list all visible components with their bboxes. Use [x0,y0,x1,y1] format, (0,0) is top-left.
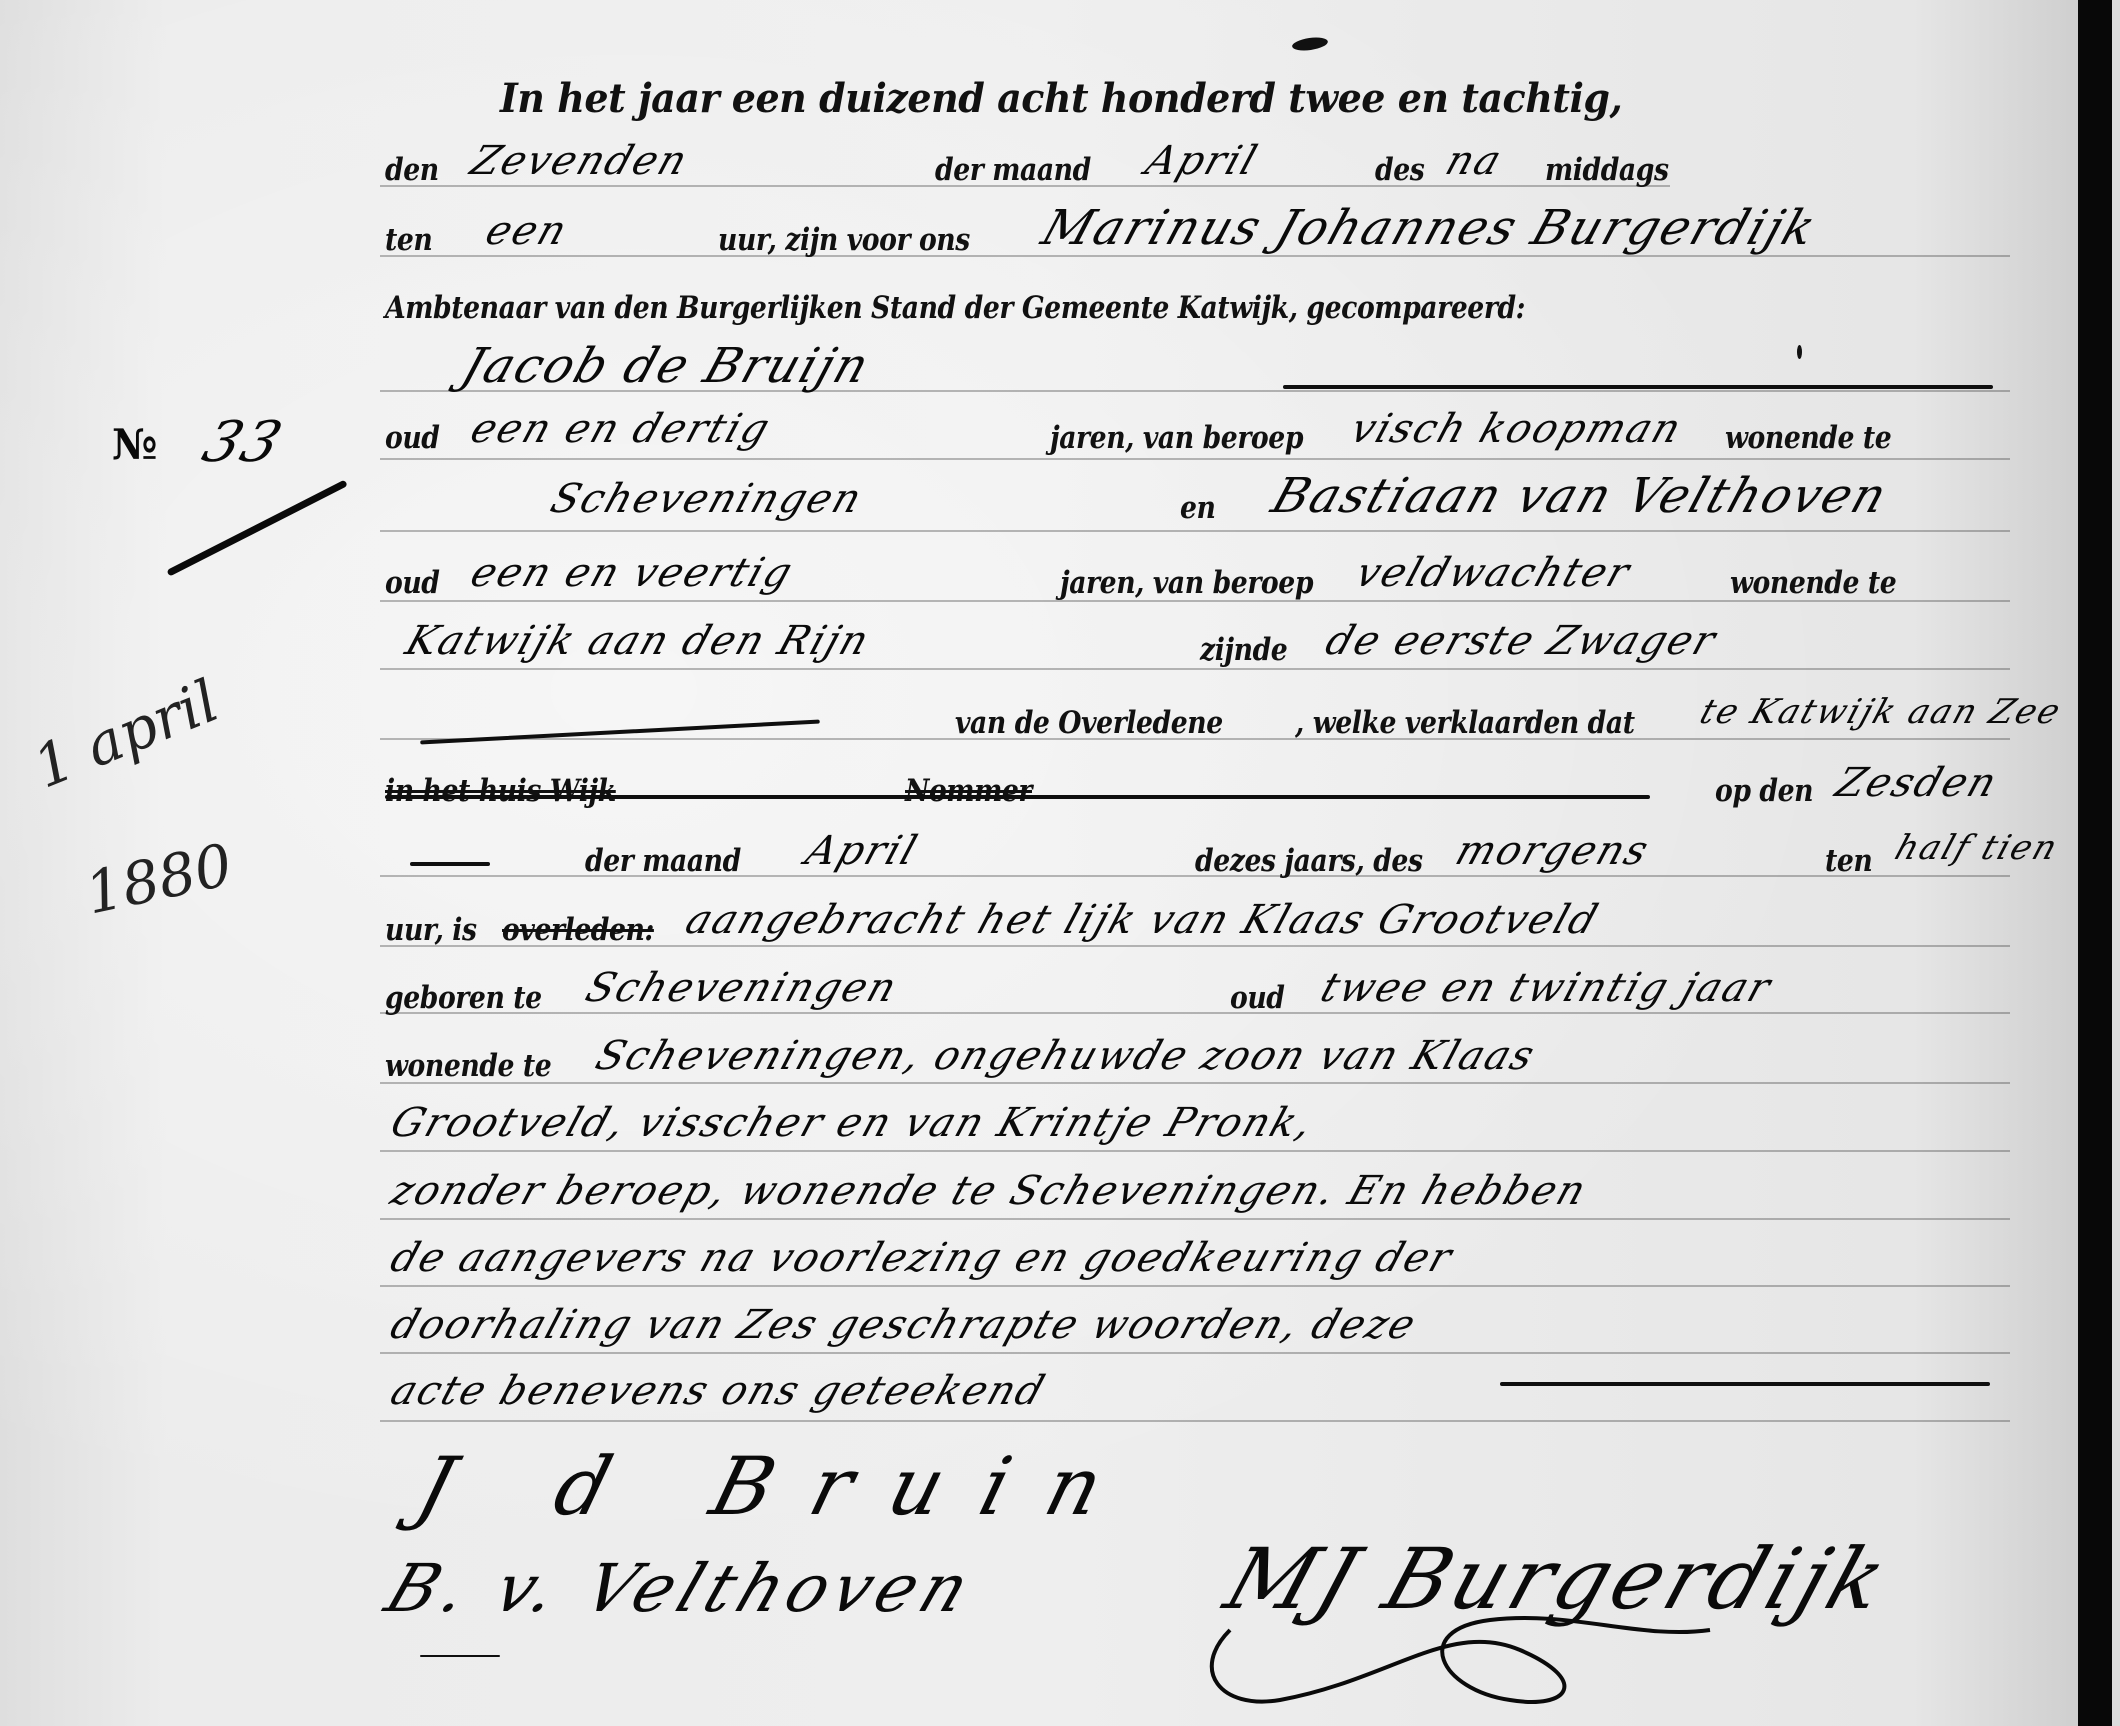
text-oud: oud [385,565,440,601]
rule-line [380,1150,2010,1152]
rule-line [380,1218,2010,1220]
month-field: April [1140,138,1264,184]
death-daypart-field: morgens [1450,828,1656,874]
deceased-age-field: twee en twintig jaar [1315,965,1778,1011]
text-en: en [1180,490,1215,526]
parents-line: Grootveld, visscher en van Krintje Pronk… [385,1100,1320,1146]
rule-line [380,1285,2010,1287]
text-wonende-te: wonende te [1730,565,1896,601]
rule-line [380,1420,2010,1422]
text-wonende-te: wonende te [385,1048,551,1084]
deceased-residence-field: Scheveningen, ongehuwde zoon van Klaas [590,1033,1542,1079]
text-nommer-struck: Nommer [905,773,1032,809]
death-place-field: te Katwijk aan Zee [1695,692,2067,732]
closing-line-1: de aangevers na voorlezing en goedkeurin… [385,1235,1459,1281]
day-field: Zevenden [465,138,694,184]
text-den: den [385,152,439,188]
text-uur-is: uur, is [385,912,477,948]
signature-flourish [1190,1610,1750,1720]
text-van-de-overledene: van de Overledene [955,705,1223,741]
text-des: des [1375,152,1424,188]
text-ten: ten [385,222,432,258]
rule-line [380,1082,2010,1084]
text-overleden-struck: overleden: [502,912,654,948]
rule-line [380,1352,2010,1354]
text-dezes-jaars-des: dezes jaars, des [1195,843,1423,879]
death-hour-field: half tien [1890,828,2064,868]
declarant1-age-field: een en dertig [465,406,777,452]
hour-field: een [480,208,574,254]
declarant1-occupation-field: visch koopman [1345,406,1688,452]
text-in-het-huis-wijk-struck: in het huis Wijk [385,773,616,809]
text-jaren-van-beroep: jaren, van beroep [1060,565,1313,601]
rule-line [380,530,2010,532]
fill-line [1283,385,1993,389]
fill-flourish [410,862,490,866]
death-day-field: Zesden [1830,760,2004,806]
text-oud: oud [385,420,440,456]
ink-speck [1797,345,1802,359]
record-number-label: № [112,420,158,469]
closing-line-2: doorhaling van Zes geschrapte woorden, d… [385,1302,1423,1348]
declarant1-residence-field: Scheveningen [545,476,869,522]
text-wonende-te: wonende te [1725,420,1891,456]
text-der-maand: der maand [585,843,741,879]
text-zijnde: zijnde [1200,632,1287,668]
rule-line [380,1012,2010,1014]
declarant2-residence-field: Katwijk aan den Rijn [400,618,876,664]
signature-underline [420,1655,500,1657]
closing-line-3: acte benevens ons geteekend [385,1368,1052,1414]
declarant2-occupation-field: veldwachter [1350,550,1637,596]
text-oud: oud [1230,980,1285,1016]
text-uur-zijn-voor-ons: uur, zijn voor ons [718,222,970,258]
declarant2-age-field: een en veertig [465,550,799,596]
text-ten: ten [1825,843,1872,879]
registrar-name-field: Marinus Johannes Burgerdijk [1035,200,1824,256]
relationship-field: de eerste Zwager [1320,618,1723,664]
signature-declarant2: B. v. Velthoven [376,1550,985,1627]
deceased-name-field: aangebracht het lijk van Klaas Grootveld [680,897,1605,943]
signature-declarant1: J d Bruin [408,1440,1153,1533]
heading: In het jaar een duizend acht honderd twe… [500,75,1622,122]
text-ambtenaar: Ambtenaar van den Burgerlijken Stand der… [385,290,1525,326]
text-welke-verklaarden-dat: , welke verklaarden dat [1295,705,1635,741]
declarant1-name-field: Jacob de Bruijn [455,338,877,394]
page-edge-border [2078,0,2112,1726]
text-jaren-van-beroep: jaren, van beroep [1050,420,1303,456]
fill-line [1500,1382,1990,1386]
strike-line [385,795,1650,799]
declarant2-name-field: Bastiaan van Velthoven [1265,468,1895,524]
text-der-maand: der maand [935,152,1091,188]
deceased-birthplace-field: Scheveningen [580,965,904,1011]
page-edge-strip [2112,0,2120,1726]
text-geboren-te: geboren te [385,980,542,1016]
rule-line [380,668,2010,670]
text-op-den: op den [1715,773,1813,809]
rule-line [380,458,2010,460]
death-month-field: April [800,828,924,874]
text-middags: middags [1545,152,1669,188]
mother-occupation-line: zonder beroep, wonende te Scheveningen. … [385,1168,1593,1214]
